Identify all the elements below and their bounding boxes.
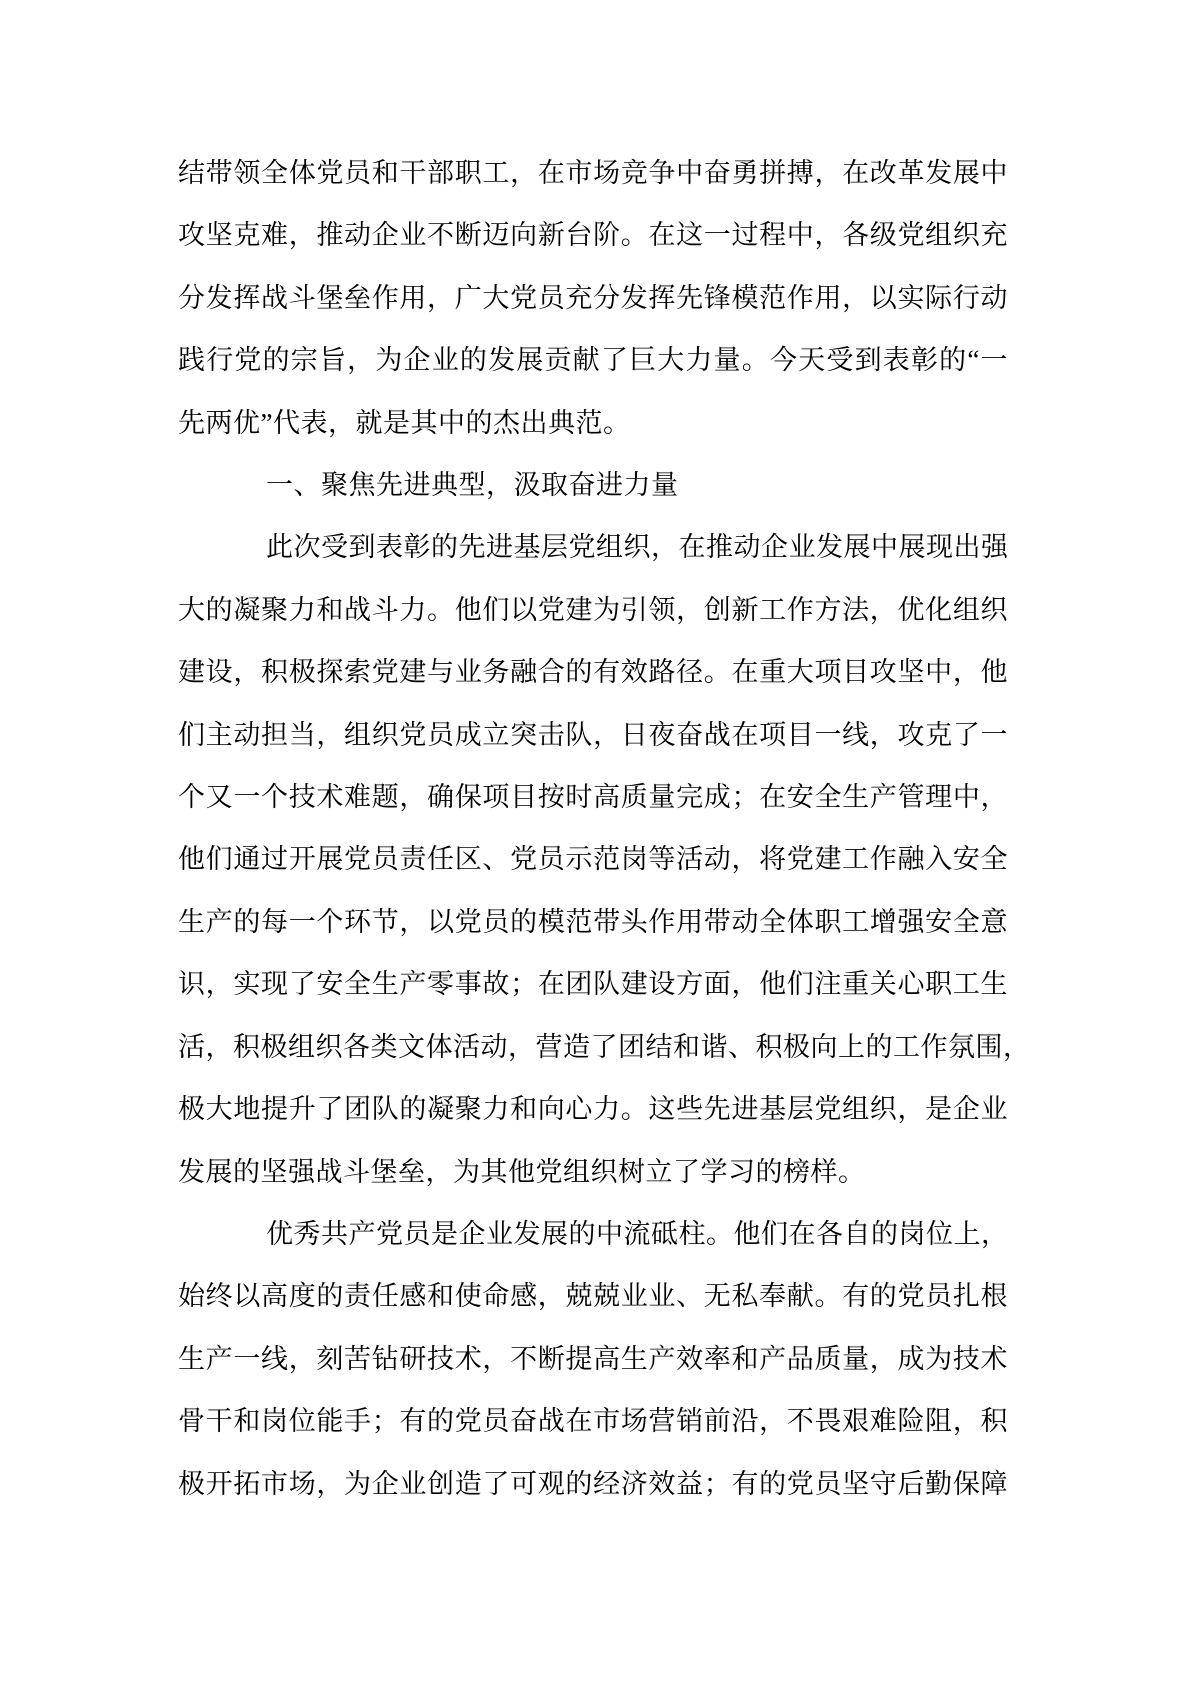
text-line: 生产一线，刻苦钻研技术，不断提高生产效率和产品质量，成为技术: [178, 1328, 1008, 1390]
text-line: 大的凝聚力和战斗力。他们以党建为引领，创新工作方法，优化组织: [178, 579, 1008, 641]
paragraph-advanced-organizations: 此次受到表彰的先进基层党组织，在推动企业发展中展现出强大的凝聚力和战斗力。他们以…: [178, 516, 1008, 1202]
text-line: 优秀共产党员是企业发展的中流砥柱。他们在各自的岗位上，: [178, 1203, 1008, 1265]
text-line: 此次受到表彰的先进基层党组织，在推动企业发展中展现出强: [178, 516, 1008, 578]
section-heading: 一、聚焦先进典型，汲取奋进力量: [178, 454, 1008, 516]
text-line: 践行党的宗旨，为企业的发展贡献了巨大力量。今天受到表彰的“一: [178, 329, 1008, 391]
document-page: 结带领全体党员和干部职工，在市场竞争中奋勇拼搏，在改革发展中攻坚克难，推动企业不…: [0, 0, 1190, 1683]
text-line: 建设，积极探索党建与业务融合的有效路径。在重大项目攻坚中，他: [178, 641, 1008, 703]
text-line: 识，实现了安全生产零事故；在团队建设方面，他们注重关心职工生: [178, 953, 1008, 1015]
text-line: 始终以高度的责任感和使命感，兢兢业业、无私奉献。有的党员扎根: [178, 1265, 1008, 1327]
text-line: 活，积极组织各类文体活动，营造了团结和谐、积极向上的工作氛围，: [178, 1016, 1008, 1078]
text-line: 极大地提升了团队的凝聚力和向心力。这些先进基层党组织，是企业: [178, 1078, 1008, 1140]
text-line: 们主动担当，组织党员成立突击队，日夜奋战在项目一线，攻克了一: [178, 704, 1008, 766]
text-line: 他们通过开展党员责任区、党员示范岗等活动，将党建工作融入安全: [178, 828, 1008, 890]
paragraph-continuation: 结带领全体党员和干部职工，在市场竞争中奋勇拼搏，在改革发展中攻坚克难，推动企业不…: [178, 142, 1008, 454]
text-line: 一、聚焦先进典型，汲取奋进力量: [178, 454, 1008, 516]
text-line: 攻坚克难，推动企业不断迈向新台阶。在这一过程中，各级党组织充: [178, 204, 1008, 266]
text-line: 先两优”代表，就是其中的杰出典范。: [178, 392, 1008, 454]
text-line: 个又一个技术难题，确保项目按时高质量完成；在安全生产管理中，: [178, 766, 1008, 828]
text-line: 极开拓市场，为企业创造了可观的经济效益；有的党员坚守后勤保障: [178, 1453, 1008, 1515]
text-line: 结带领全体党员和干部职工，在市场竞争中奋勇拼搏，在改革发展中: [178, 142, 1008, 204]
text-line: 分发挥战斗堡垒作用，广大党员充分发挥先锋模范作用，以实际行动: [178, 267, 1008, 329]
text-line: 发展的坚强战斗堡垒，为其他党组织树立了学习的榜样。: [178, 1141, 1008, 1203]
text-line: 生产的每一个环节，以党员的模范带头作用带动全体职工增强安全意: [178, 891, 1008, 953]
paragraph-outstanding-members: 优秀共产党员是企业发展的中流砥柱。他们在各自的岗位上，始终以高度的责任感和使命感…: [178, 1203, 1008, 1515]
text-line: 骨干和岗位能手；有的党员奋战在市场营销前沿，不畏艰难险阻，积: [178, 1390, 1008, 1452]
document-body: 结带领全体党员和干部职工，在市场竞争中奋勇拼搏，在改革发展中攻坚克难，推动企业不…: [178, 142, 1008, 1515]
